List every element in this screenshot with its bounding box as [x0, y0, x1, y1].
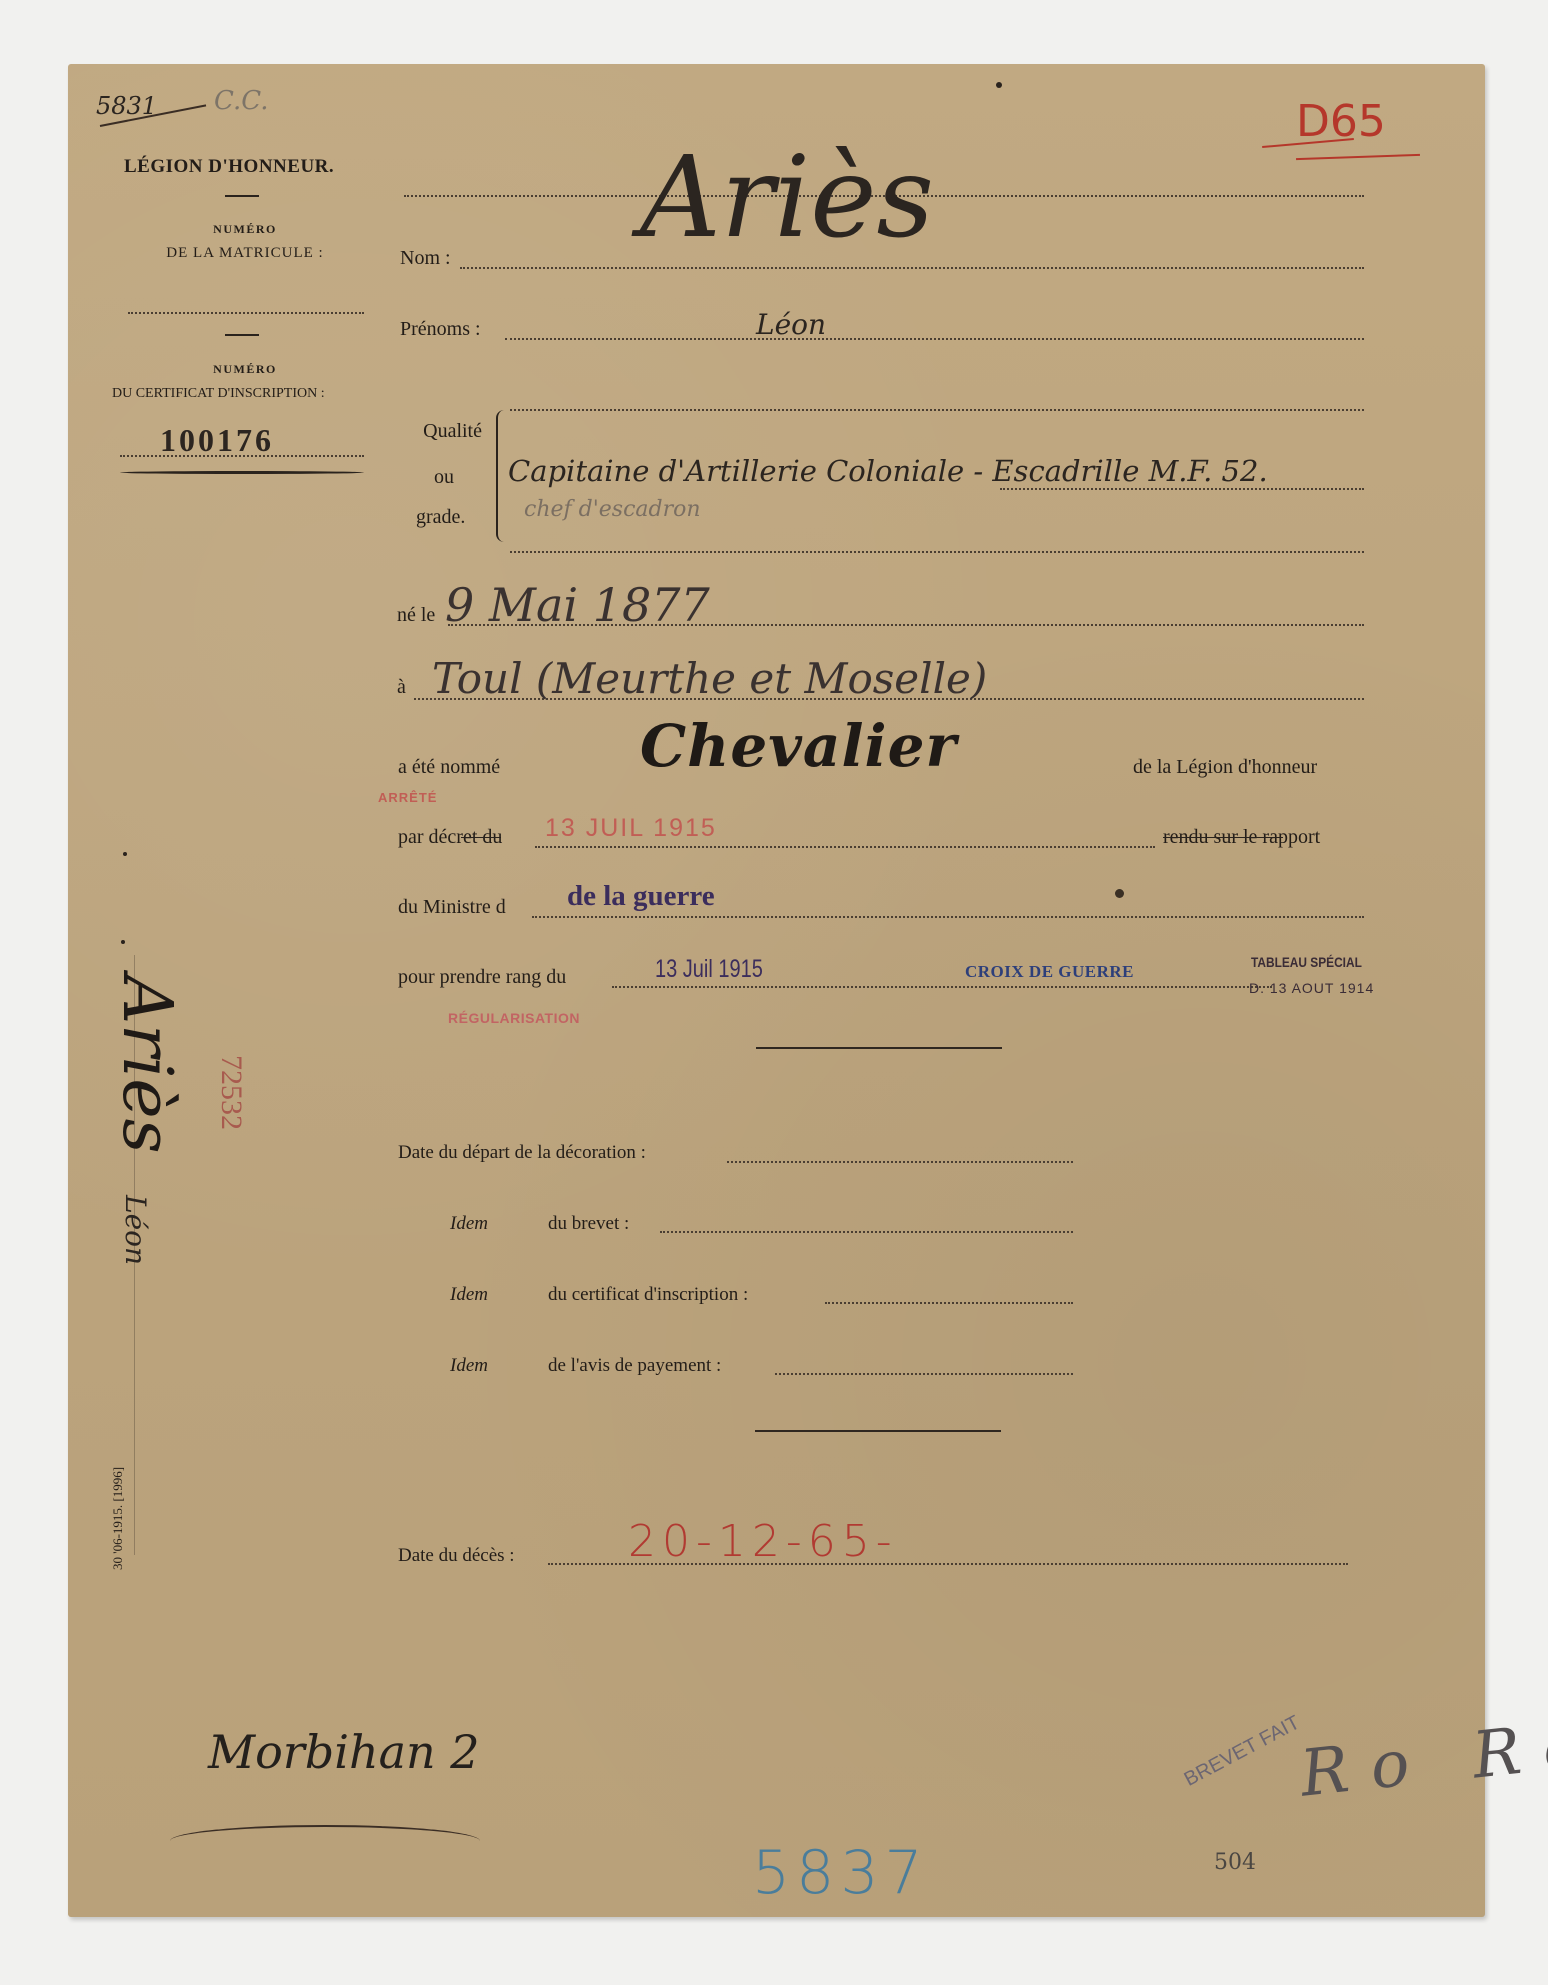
rang-label: pour prendre rang du — [398, 966, 566, 989]
decret-strike — [461, 837, 501, 838]
qualite-mid-line — [1000, 488, 1364, 490]
pencil-number: 504 — [1214, 1850, 1256, 1875]
tableau-stamp-1: TABLEAU SPÉCIAL — [1251, 954, 1362, 970]
separator-rule-2 — [755, 1430, 1001, 1432]
top-left-initials: C.C. — [214, 86, 268, 116]
idem-1: Idem — [450, 1213, 488, 1235]
rapport-strike — [1163, 837, 1283, 838]
rang-value: 13 Juil 1915 — [655, 955, 763, 984]
depart-label: Date du départ de la décoration : — [398, 1142, 646, 1164]
matricule-rule — [225, 334, 259, 336]
brevet-label: du brevet : — [548, 1213, 629, 1235]
depart-field-line — [727, 1161, 1073, 1163]
legion-title: LÉGION D'HONNEUR. — [124, 156, 334, 178]
blue-number: 5837 — [752, 1838, 929, 1908]
idem-2: Idem — [450, 1284, 488, 1306]
ne-le-value: 9 Mai 1877 — [445, 578, 710, 632]
matricule-small-label: NUMÉRO — [195, 222, 295, 237]
payement-label: de l'avis de payement : — [548, 1355, 721, 1377]
certificat-label: DU CERTIFICAT D'INSCRIPTION : — [112, 386, 325, 402]
spine-firstname: Léon — [119, 1195, 152, 1265]
certificat-small-label: NUMÉRO — [195, 362, 295, 377]
spine-number: 72532 — [214, 1055, 248, 1130]
nom-value: Ariès — [640, 142, 934, 254]
deces-label: Date du décès : — [398, 1545, 515, 1567]
tableau-stamp-2: D. 13 AOUT 1914 — [1249, 980, 1374, 996]
ne-le-label: né le — [397, 604, 435, 627]
spine-name: Ariès — [107, 975, 186, 1154]
department-flourish — [170, 1825, 480, 1857]
qualite-label-3: grade. — [416, 506, 465, 529]
prenoms-label: Prénoms : — [400, 318, 481, 341]
a-label: à — [397, 676, 406, 699]
certificat-inscription-label: du certificat d'inscription : — [548, 1284, 748, 1306]
decret-field-line — [535, 846, 1155, 848]
prenoms-value: Léon — [756, 308, 826, 341]
ministre-label: du Ministre d — [398, 896, 506, 919]
nom-label: Nom : — [400, 247, 451, 270]
certificat-field — [120, 455, 364, 457]
arrete-stamp: ARRÊTÉ — [378, 790, 437, 805]
a-value: Toul (Meurthe et Moselle) — [432, 654, 987, 703]
qualite-note: chef d'escadron — [524, 497, 701, 522]
ministre-value: de la guerre — [567, 880, 715, 913]
separator-rule-1 — [756, 1047, 1002, 1049]
deces-value: 20-12-65- — [628, 1516, 898, 1567]
certificat-flourish — [120, 471, 364, 474]
ministre-field-line — [532, 916, 1364, 918]
qualite-value: Capitaine d'Artillerie Coloniale - Escad… — [508, 454, 1268, 488]
idem-3: Idem — [450, 1355, 488, 1377]
matricule-field — [128, 312, 364, 314]
legion-suffix: de la Légion d'honneur — [1133, 756, 1317, 779]
qualite-brace — [496, 410, 506, 542]
prenoms-field-line — [505, 338, 1364, 340]
department-note: Morbihan 2 — [208, 1725, 480, 1779]
margin-dot-1 — [123, 852, 127, 856]
brevet-field-line — [660, 1231, 1073, 1233]
regularisation-stamp: RÉGULARISATION — [448, 1010, 580, 1026]
matricule-label: DE LA MATRICULE : — [130, 245, 360, 262]
margin-dot-2 — [121, 940, 125, 944]
payement-field-line — [775, 1373, 1073, 1375]
croix-stamp: CROIX DE GUERRE — [965, 962, 1134, 982]
decret-value: 13 JUIL 1915 — [545, 814, 717, 843]
qualite-label-1: Qualité — [410, 420, 482, 443]
nom-field-line — [460, 267, 1364, 269]
qualite-bottom-line — [510, 551, 1364, 553]
rang-field-line — [612, 986, 1272, 988]
certificat-inscription-field-line — [825, 1302, 1073, 1304]
qualite-top-line — [510, 409, 1364, 411]
grade-value: Chevalier — [640, 712, 957, 780]
ink-spot — [1115, 889, 1124, 898]
nomme-label: a été nommé — [398, 756, 500, 779]
qualite-label-2: ou — [434, 466, 454, 489]
certificat-value: 100176 — [160, 422, 274, 459]
print-code: 30 '06-1915. [1996] — [110, 1467, 126, 1570]
punch-dot — [996, 82, 1002, 88]
title-rule — [225, 195, 259, 197]
